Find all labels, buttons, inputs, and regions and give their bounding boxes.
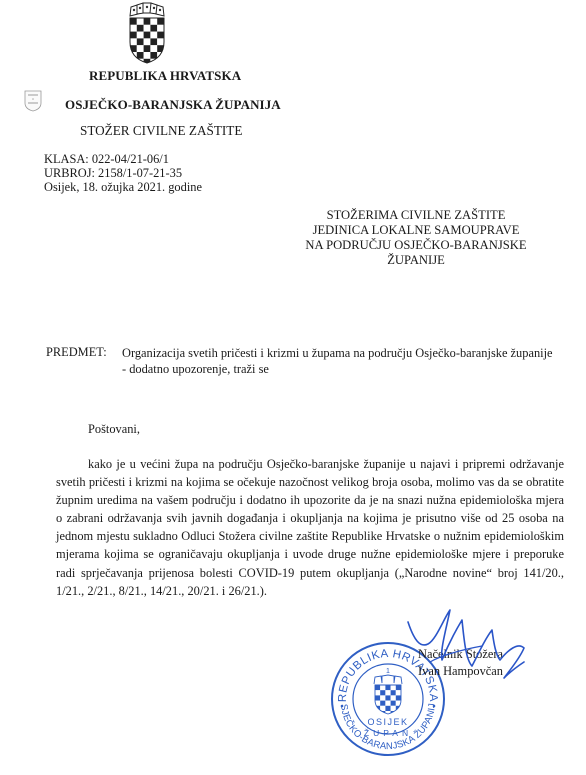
subject-line-2: - dodatno upozorenje, traži se <box>122 361 582 377</box>
subject-label: PREDMET: <box>46 345 107 360</box>
subject-line-1: Organizacija svetih pričesti i krizmi u … <box>122 345 582 361</box>
body-paragraph: kako je u većini župa na području Osječk… <box>56 455 564 600</box>
recipient-line: STOŽERIMA CIVILNE ZAŠTITE <box>300 208 532 223</box>
header-county: OSJEČKO-BARANJSKA ŽUPANIJA <box>65 97 281 113</box>
greeting: Poštovani, <box>88 422 140 437</box>
recipient-line: NA PODRUČJU OSJEČKO-BARANJSKE <box>300 238 532 253</box>
header-republic: REPUBLIKA HRVATSKA <box>89 68 241 84</box>
document-date: Osijek, 18. ožujka 2021. godine <box>44 180 202 194</box>
subject-text: Organizacija svetih pričesti i krizmi u … <box>122 345 582 377</box>
croatian-coat-of-arms-icon <box>127 2 167 64</box>
handwritten-signature <box>400 600 560 710</box>
recipient-line: ŽUPANIJE <box>300 253 532 268</box>
county-coat-of-arms-icon <box>24 90 42 112</box>
klasa: KLASA: 022-04/21-06/1 <box>44 152 202 166</box>
body-text: kako je u većini župa na području Osječk… <box>56 457 564 598</box>
recipient-line: JEDINICA LOKALNE SAMOUPRAVE <box>300 223 532 238</box>
header-office: STOŽER CIVILNE ZAŠTITE <box>80 123 242 139</box>
svg-text:ŽUPAN: ŽUPAN <box>364 728 412 738</box>
svg-text:OSIJEK: OSIJEK <box>367 717 408 727</box>
recipient-block: STOŽERIMA CIVILNE ZAŠTITE JEDINICA LOKAL… <box>300 208 532 268</box>
svg-text:1: 1 <box>386 668 390 675</box>
urbroj: URBROJ: 2158/1-07-21-35 <box>44 166 202 180</box>
document-meta: KLASA: 022-04/21-06/1 URBROJ: 2158/1-07-… <box>44 152 202 195</box>
